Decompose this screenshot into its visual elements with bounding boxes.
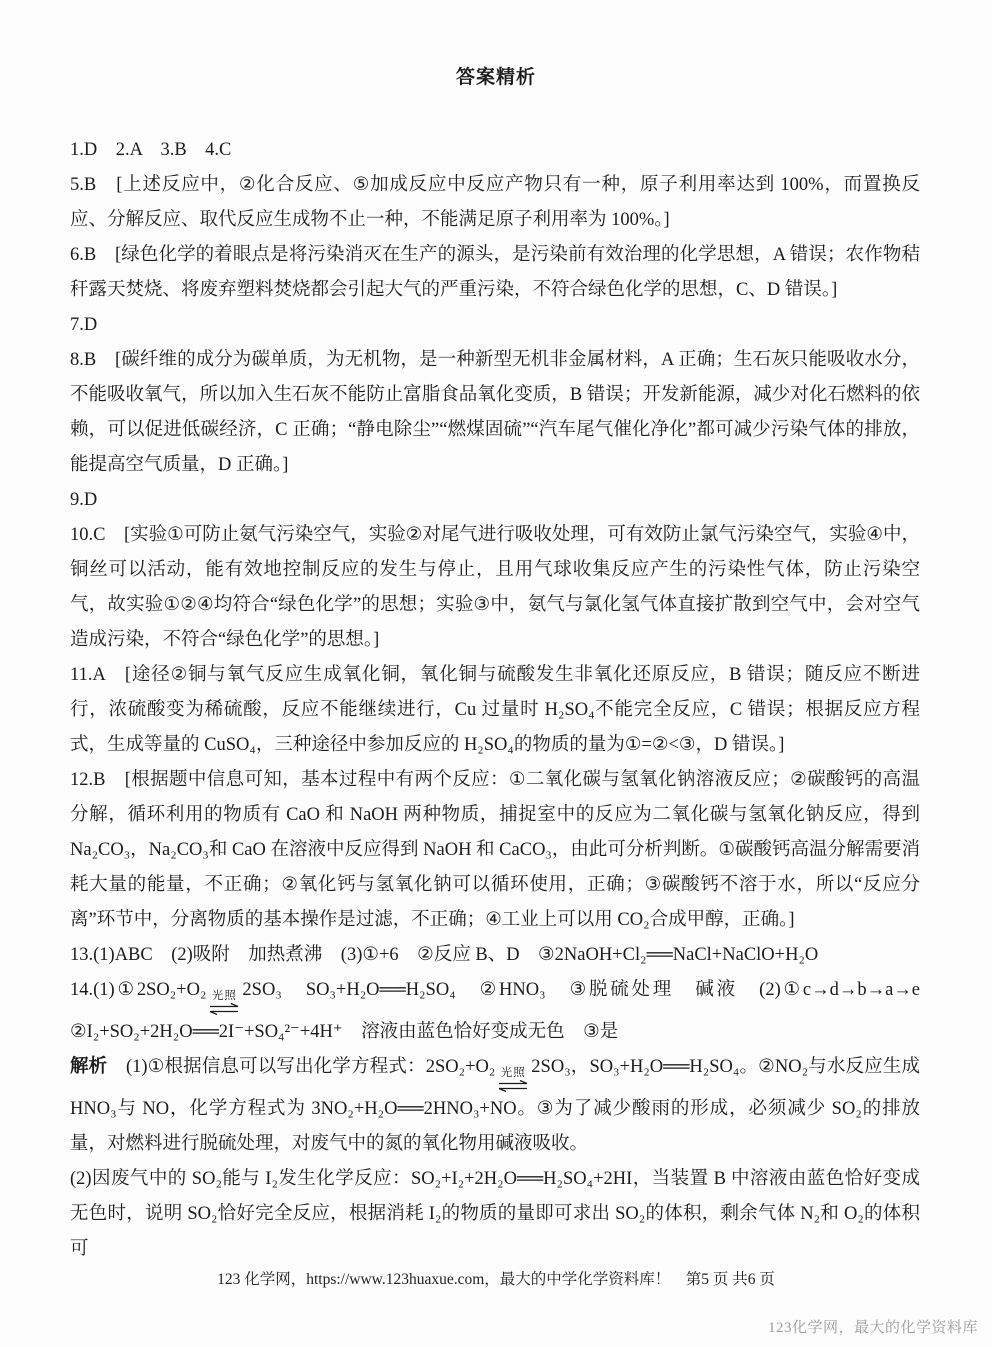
page-title: 答案精析 bbox=[0, 0, 992, 89]
text-run: 10.C [实验①可防止氨气污染空气，实验②对尾气进行吸收处理，可有效防止氯气污… bbox=[70, 525, 920, 650]
paragraph: 11.A [途径②铜与氧气反应生成氧化铜，氧化铜与硫酸发生非氧化还原反应，B 错… bbox=[70, 658, 920, 763]
reversible-arrow-icon: 光照 bbox=[497, 1067, 529, 1092]
text-run: 14.(1)①2SO₂+O₂ bbox=[70, 980, 206, 1000]
paragraph: 8.B [碳纤维的成分为碳单质，为无机物，是一种新型无机非金属材料，A 正确；生… bbox=[70, 343, 920, 483]
text-run: 12.B [根据题中信息可知，基本过程中有两个反应：①二氧化碳与氢氧化钠溶液反应… bbox=[70, 770, 920, 930]
answer-content: 1.D 2.A 3.B 4.C5.B [上述反应中，②化合反应、⑤加成反应中反应… bbox=[70, 133, 920, 1267]
text-run: 1.D 2.A 3.B 4.C bbox=[70, 140, 231, 160]
watermark: 123化学网，最大的化学资料库 bbox=[768, 1316, 978, 1337]
text-run: 9.D bbox=[70, 490, 97, 510]
text-run: 7.D bbox=[70, 315, 97, 335]
paragraph: 7.D bbox=[70, 308, 920, 343]
paragraph: 9.D bbox=[70, 483, 920, 518]
text-run: 11.A [途径②铜与氧气反应生成氧化铜，氧化铜与硫酸发生非氧化还原反应，B 错… bbox=[70, 665, 920, 755]
paragraph: (2)因废气中的 SO₂能与 I₂发生化学反应：SO₂+I₂+2H₂O══H₂S… bbox=[70, 1162, 920, 1267]
paragraph: 5.B [上述反应中，②化合反应、⑤加成反应中反应产物只有一种，原子利用率达到 … bbox=[70, 168, 920, 238]
text-run-bold: 解析 bbox=[70, 1057, 107, 1077]
paragraph: 13.(1)ABC (2)吸附 加热煮沸 (3)①+6 ②反应 B、D ③2Na… bbox=[70, 938, 920, 973]
reversible-arrow-icon: 光照 bbox=[208, 990, 240, 1015]
paragraph: 解析 (1)①根据信息可以写出化学方程式：2SO₂+O₂光照2SO₃，SO₃+H… bbox=[70, 1050, 920, 1162]
text-run: (1)①根据信息可以写出化学方程式：2SO₂+O₂ bbox=[107, 1057, 495, 1077]
reaction-condition-label: 光照 bbox=[208, 990, 240, 1003]
page-footer: 123 化学网，https://www.123huaxue.com，最大的中学化… bbox=[0, 1267, 992, 1289]
paragraph: 12.B [根据题中信息可知，基本过程中有两个反应：①二氧化碳与氢氧化钠溶液反应… bbox=[70, 763, 920, 938]
paragraph: 1.D 2.A 3.B 4.C bbox=[70, 133, 920, 168]
paragraph: 10.C [实验①可防止氨气污染空气，实验②对尾气进行吸收处理，可有效防止氯气污… bbox=[70, 518, 920, 658]
paragraph: 14.(1)①2SO₂+O₂光照2SO₃ SO₃+H₂O══H₂SO₄ ②HNO… bbox=[70, 973, 920, 1050]
text-run: (2)因废气中的 SO₂能与 I₂发生化学反应：SO₂+I₂+2H₂O══H₂S… bbox=[70, 1169, 920, 1259]
text-run: 5.B [上述反应中，②化合反应、⑤加成反应中反应产物只有一种，原子利用率达到 … bbox=[70, 175, 920, 230]
text-run: 6.B [绿色化学的着眼点是将污染消灭在生产的源头，是污染前有效治理的化学思想，… bbox=[70, 245, 920, 300]
text-run: 8.B [碳纤维的成分为碳单质，为无机物，是一种新型无机非金属材料，A 正确；生… bbox=[70, 350, 920, 475]
reaction-condition-label: 光照 bbox=[497, 1067, 529, 1080]
paragraphs: 1.D 2.A 3.B 4.C5.B [上述反应中，②化合反应、⑤加成反应中反应… bbox=[70, 133, 920, 1267]
paragraph: 6.B [绿色化学的着眼点是将污染消灭在生产的源头，是污染前有效治理的化学思想，… bbox=[70, 238, 920, 308]
text-run: 13.(1)ABC (2)吸附 加热煮沸 (3)①+6 ②反应 B、D ③2Na… bbox=[70, 945, 818, 965]
